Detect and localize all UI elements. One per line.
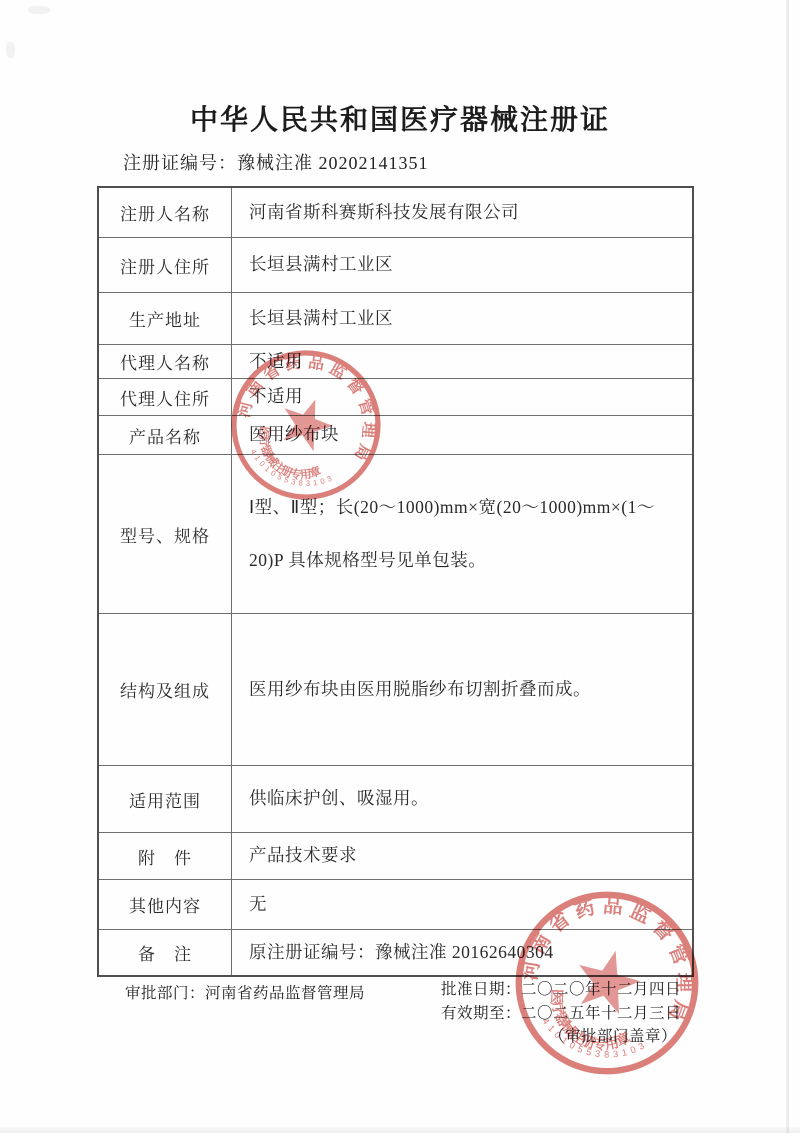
row-value: 河南省斯科赛斯科技发展有限公司 [232,188,692,237]
star-icon [274,391,339,455]
row-label: 其他内容 [99,880,232,929]
table-row: 注册人住所 长垣县满村工业区 [99,237,692,292]
registration-number-line: 注册证编号：豫械注准 20202141351 [123,149,429,175]
table-row: 生产地址 长垣县满村工业区 [99,292,692,344]
certificate-title: 中华人民共和国医疗器械注册证 [0,98,800,138]
row-value: 长垣县满村工业区 [232,238,692,292]
row-label: 备 注 [99,930,232,975]
row-label: 代理人住所 [99,379,232,415]
row-value: 供临床护创、吸湿用。 [232,766,692,832]
registration-number-value: 豫械注准 20202141351 [237,153,429,173]
scan-artifact [28,6,50,14]
approval-department-label: 审批部门： [125,985,205,1002]
certificate-page: 中华人民共和国医疗器械注册证 注册证编号：豫械注准 20202141351 注册… [0,0,800,1133]
star-icon [569,943,646,1018]
row-value: 医用纱布块由医用脱脂纱布切割折叠而成。 [232,614,692,765]
scan-edge [0,1127,800,1133]
row-value: 长垣县满村工业区 [232,293,692,344]
table-row: 型号、规格 Ⅰ型、Ⅱ型；长(20～1000)mm×宽(20～1000)mm×(1… [99,454,692,613]
row-label: 注册人住所 [99,238,232,292]
row-label: 适用范围 [99,766,232,832]
row-label: 注册人名称 [99,188,232,237]
row-label: 型号、规格 [99,455,232,613]
row-label: 附 件 [99,833,232,879]
registration-number-label: 注册证编号： [123,153,237,173]
scan-edge [786,0,789,1133]
table-row: 结构及组成 医用纱布块由医用脱脂纱布切割折叠而成。 [99,613,692,765]
table-row: 适用范围 供临床护创、吸湿用。 [99,765,692,832]
row-label: 生产地址 [99,293,232,344]
row-value: 产品技术要求 [232,833,692,879]
row-label: 结构及组成 [99,614,232,765]
table-row: 注册人名称 河南省斯科赛斯科技发展有限公司 [99,188,692,237]
approval-department: 审批部门：河南省药品监督管理局 [125,981,365,1003]
approval-department-value: 河南省药品监督管理局 [205,985,365,1002]
scan-artifact [6,42,15,58]
row-label: 代理人名称 [99,345,232,378]
certificate-table: 注册人名称 河南省斯科赛斯科技发展有限公司 注册人住所 长垣县满村工业区 生产地… [97,186,694,977]
table-row: 产品名称 医用纱布块 [99,415,692,454]
table-row: 附 件 产品技术要求 [99,832,692,879]
